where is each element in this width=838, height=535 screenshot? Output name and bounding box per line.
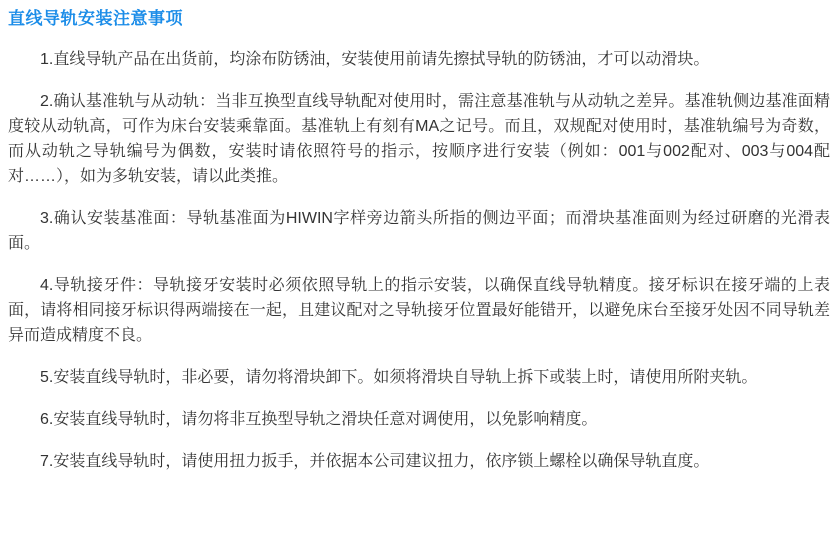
paragraph-2: 2.确认基准轨与从动轨：当非互换型直线导轨配对使用时，需注意基准轨与从动轨之差异… bbox=[8, 89, 830, 189]
paragraph-4: 4.导轨接牙件：导轨接牙安装时必须依照导轨上的指示安装，以确保直线导轨精度。接牙… bbox=[8, 273, 830, 348]
page-title: 直线导轨安装注意事项 bbox=[8, 8, 830, 30]
document-page: 直线导轨安装注意事项 1.直线导轨产品在出货前，均涂布防锈油，安装使用前请先擦拭… bbox=[0, 0, 838, 535]
paragraph-1: 1.直线导轨产品在出货前，均涂布防锈油，安装使用前请先擦拭导轨的防锈油，才可以动… bbox=[8, 47, 830, 72]
paragraph-6: 6.安装直线导轨时，请勿将非互换型导轨之滑块任意对调使用，以免影响精度。 bbox=[8, 407, 830, 432]
paragraph-3: 3.确认安装基准面：导轨基准面为HIWIN字样旁边箭头所指的侧边平面；而滑块基准… bbox=[8, 206, 830, 256]
paragraph-7: 7.安装直线导轨时，请使用扭力扳手，并依据本公司建议扭力，依序锁上螺栓以确保导轨… bbox=[8, 449, 830, 474]
paragraph-5: 5.安装直线导轨时，非必要，请勿将滑块卸下。如须将滑块自导轨上拆下或装上时，请使… bbox=[8, 365, 830, 390]
